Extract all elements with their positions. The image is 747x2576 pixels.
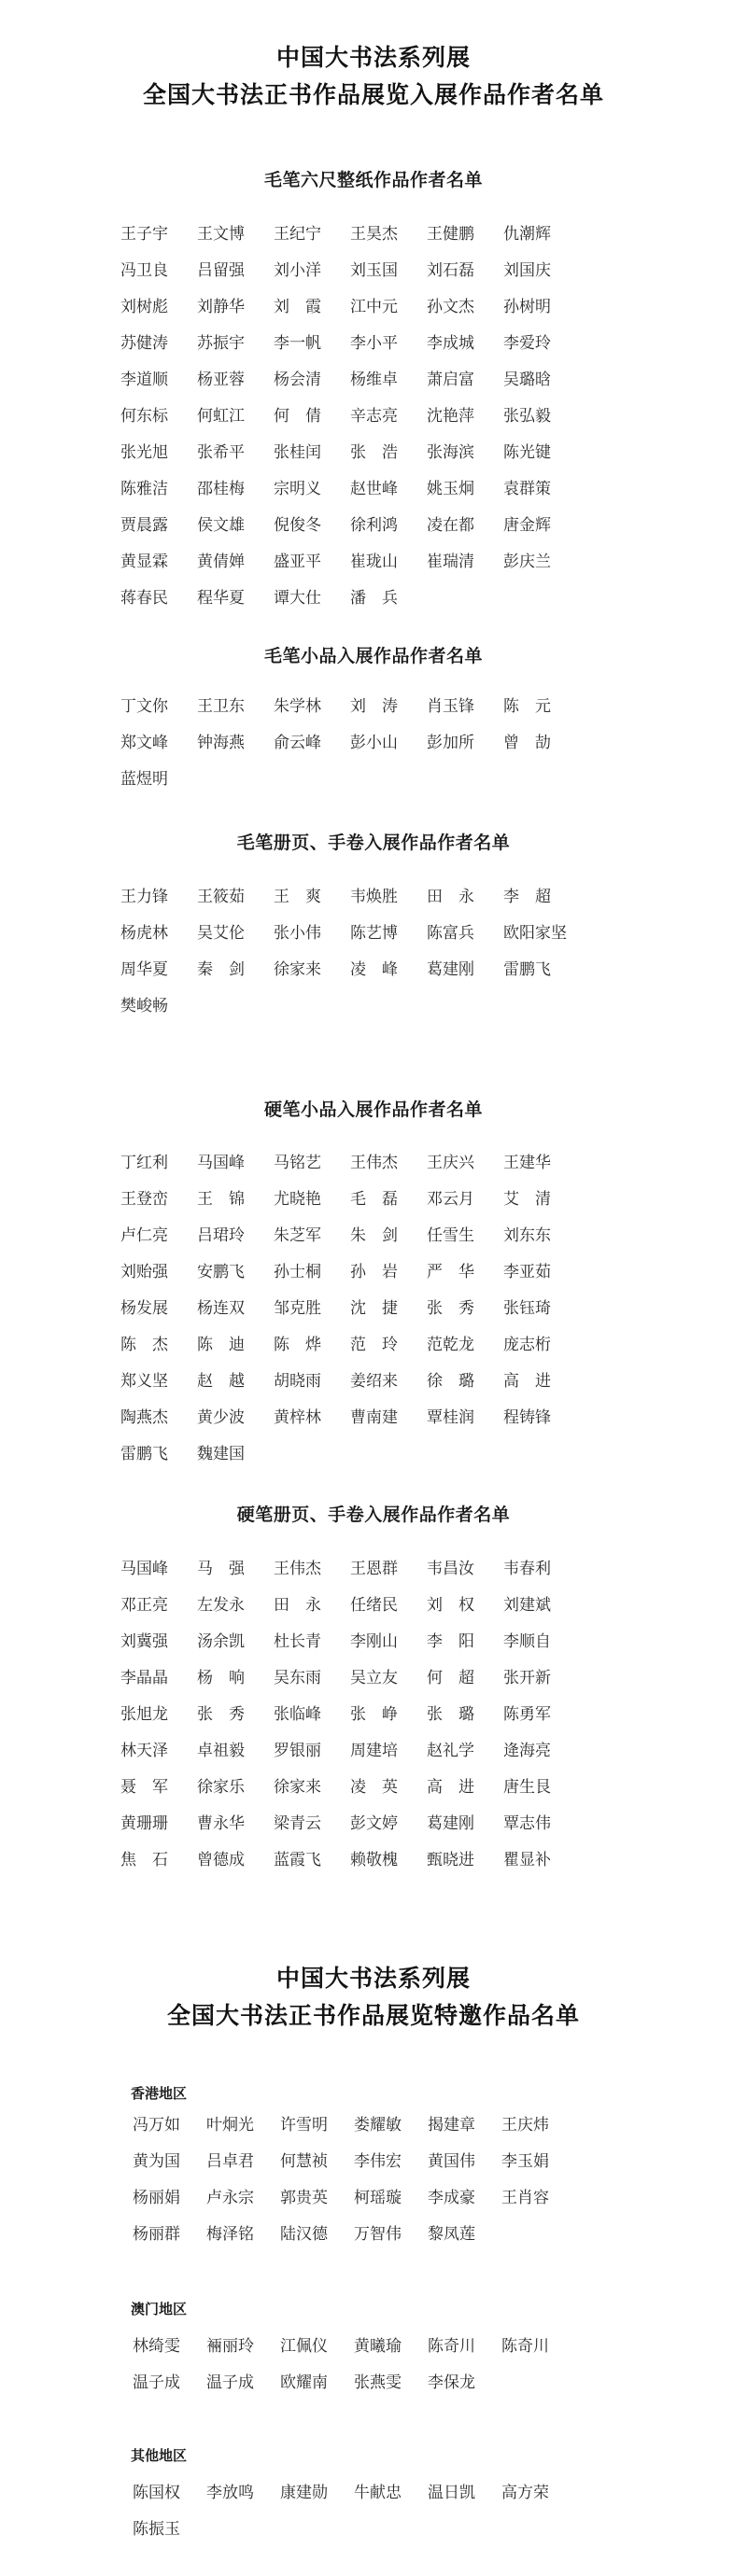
- author-name: 黄显霖: [120, 544, 197, 581]
- author-name: 彭庆兰: [503, 544, 580, 581]
- invited-author-name: 林绮雯: [133, 2329, 206, 2365]
- author-name: 王恩群: [350, 1551, 427, 1588]
- author-name: 孙士桐: [274, 1254, 350, 1291]
- author-name: 张小伟: [274, 916, 350, 952]
- author-name: 郑文峰: [120, 725, 197, 762]
- author-name: 刘贻强: [120, 1254, 197, 1291]
- series-title: 中国大书法系列展: [0, 39, 747, 77]
- author-name: 苏振宇: [197, 326, 274, 362]
- author-name: 范乾龙: [427, 1327, 503, 1364]
- author-name: 王登峦: [120, 1182, 197, 1218]
- author-name: 王昊杰: [350, 217, 427, 253]
- author-name: 赖敬槐: [350, 1842, 427, 1879]
- author-name: 徐家来: [274, 952, 350, 988]
- author-name: 冯卫良: [120, 253, 197, 289]
- invited-author-name: 何慧祯: [280, 2144, 354, 2180]
- author-name: 彭小山: [350, 725, 427, 762]
- author-name: 何 倩: [274, 399, 350, 435]
- invited-author-name: 陈奇川: [428, 2329, 501, 2365]
- name-grid-pen-small: 丁红利马国峰马铭艺王伟杰王庆兴王建华王登峦王 锦尤晓艳毛 磊邓云月艾 清卢仁亮吕…: [120, 1145, 606, 1473]
- invited-author-name: 张燕雯: [354, 2365, 428, 2401]
- author-name: 赵 越: [197, 1364, 274, 1400]
- author-name: 贾晨露: [120, 508, 197, 544]
- invited-series-title: 中国大书法系列展: [0, 1960, 747, 1997]
- author-name: 范 玲: [350, 1327, 427, 1364]
- invited-author-name: 吕卓君: [206, 2144, 280, 2180]
- invited-author-name: 王肖容: [501, 2180, 575, 2217]
- author-name: 曾 劼: [503, 725, 580, 762]
- invited-author-name: 牛献忠: [354, 2475, 428, 2512]
- author-name: 李小平: [350, 326, 427, 362]
- author-name: 李成城: [427, 326, 503, 362]
- author-name: 李 阳: [427, 1624, 503, 1660]
- list-title: 全国大书法正书作品展览入展作品作者名单: [0, 77, 747, 114]
- author-name: 张海滨: [427, 435, 503, 471]
- invited-author-name: 郭贵英: [280, 2180, 354, 2217]
- author-name: 任绪民: [350, 1588, 427, 1624]
- author-name: 王健鹏: [427, 217, 503, 253]
- author-name: 杨发展: [120, 1291, 197, 1327]
- invited-author-name: 王庆炜: [501, 2107, 575, 2144]
- invited-author-name: 万智伟: [354, 2217, 428, 2253]
- author-name: 欧阳家坚: [503, 916, 580, 952]
- invited-author-name: 柯瑶璇: [354, 2180, 428, 2217]
- author-name: 吴东雨: [274, 1660, 350, 1697]
- section-heading-brush-small: 毛笔小品入展作品作者名单: [0, 642, 747, 667]
- section-heading-pen-album-scroll: 硬笔册页、手卷入展作品作者名单: [0, 1501, 747, 1526]
- author-name: 陈 杰: [120, 1327, 197, 1364]
- author-name: 王 锦: [197, 1182, 274, 1218]
- author-name: 毛 磊: [350, 1182, 427, 1218]
- author-name: 张 浩: [350, 435, 427, 471]
- author-name: 吴艾伦: [197, 916, 274, 952]
- name-grid-brush-small: 丁文你王卫东朱学林刘 涛肖玉锋陈 元郑文峰钟海燕俞云峰彭小山彭加所曾 劼蓝煜明: [120, 689, 606, 798]
- author-name: 姜绍来: [350, 1364, 427, 1400]
- author-name: 黄梓林: [274, 1400, 350, 1436]
- author-name: 蓝煜明: [120, 762, 197, 798]
- author-name: 王文博: [197, 217, 274, 253]
- author-name: 朱 剑: [350, 1218, 427, 1254]
- author-name: 黄少波: [197, 1400, 274, 1436]
- invited-author-name: 黄曦瑜: [354, 2329, 428, 2365]
- invited-author-name: 杨丽群: [133, 2217, 206, 2253]
- invited-author-name: 李伟宏: [354, 2144, 428, 2180]
- author-name: 刘东东: [503, 1218, 580, 1254]
- author-name: 聂 军: [120, 1770, 197, 1806]
- author-name: 沈艳萍: [427, 399, 503, 435]
- invited-author-name: 裲丽玲: [206, 2329, 280, 2365]
- author-name: 张旭龙: [120, 1697, 197, 1733]
- author-name: 黄珊珊: [120, 1806, 197, 1842]
- author-name: 张 峥: [350, 1697, 427, 1733]
- author-name: 肖玉锋: [427, 689, 503, 725]
- author-name: 吴璐晗: [503, 362, 580, 399]
- author-name: 孙文杰: [427, 289, 503, 326]
- author-name: 邵桂梅: [197, 471, 274, 508]
- name-grid-brush-six-foot: 王子宇王文博王纪宁王昊杰王健鹏仇潮辉冯卫良吕留强刘小洋刘玉国刘石磊刘国庆刘树彪刘…: [120, 217, 606, 617]
- author-name: 覃桂润: [427, 1400, 503, 1436]
- author-name: 孙树明: [503, 289, 580, 326]
- author-name: 姚玉炯: [427, 471, 503, 508]
- author-name: 曹永华: [197, 1806, 274, 1842]
- region-label-hong-kong: 香港地区: [131, 2083, 187, 2103]
- author-name: 邓正亮: [120, 1588, 197, 1624]
- author-name: 吕珺玲: [197, 1218, 274, 1254]
- invited-author-name: 许雪明: [280, 2107, 354, 2144]
- author-name: 田 永: [274, 1588, 350, 1624]
- invited-author-name: 李成豪: [428, 2180, 501, 2217]
- section-heading-brush-six-foot: 毛笔六尺整纸作品作者名单: [0, 166, 747, 191]
- author-name: 曾德成: [197, 1842, 274, 1879]
- author-name: 刘建斌: [503, 1588, 580, 1624]
- author-name: 凌在都: [427, 508, 503, 544]
- author-name: 杨维卓: [350, 362, 427, 399]
- author-name: 袁群策: [503, 471, 580, 508]
- author-name: 仇潮辉: [503, 217, 580, 253]
- author-name: 杨亚蓉: [197, 362, 274, 399]
- author-name: 唐金辉: [503, 508, 580, 544]
- author-name: 彭加所: [427, 725, 503, 762]
- author-name: 胡晓雨: [274, 1364, 350, 1400]
- author-name: 王伟杰: [350, 1145, 427, 1182]
- author-name: 刘国庆: [503, 253, 580, 289]
- author-name: 王力锋: [120, 879, 197, 916]
- author-name: 崔珑山: [350, 544, 427, 581]
- author-name: 邹克胜: [274, 1291, 350, 1327]
- author-name: 丁文你: [120, 689, 197, 725]
- author-name: 郑义坚: [120, 1364, 197, 1400]
- invited-author-name: 江佩仪: [280, 2329, 354, 2365]
- author-name: 陈富兵: [427, 916, 503, 952]
- author-name: 马 强: [197, 1551, 274, 1588]
- author-name: 唐生艮: [503, 1770, 580, 1806]
- invited-author-name: 欧耀南: [280, 2365, 354, 2401]
- author-name: 萧启富: [427, 362, 503, 399]
- author-name: 刘树彪: [120, 289, 197, 326]
- author-name: 雷鹏飞: [503, 952, 580, 988]
- author-name: 苏健涛: [120, 326, 197, 362]
- author-name: 钟海燕: [197, 725, 274, 762]
- region-label-macau: 澳门地区: [131, 2299, 187, 2318]
- author-name: 罗银丽: [274, 1733, 350, 1770]
- author-name: 陈光键: [503, 435, 580, 471]
- invited-author-name: 杨丽娟: [133, 2180, 206, 2217]
- author-name: 安鹏飞: [197, 1254, 274, 1291]
- author-name: 庞志桁: [503, 1327, 580, 1364]
- author-name: 李刚山: [350, 1624, 427, 1660]
- author-name: 邓云月: [427, 1182, 503, 1218]
- author-name: 蒋春民: [120, 581, 197, 617]
- author-name: 张 秀: [197, 1697, 274, 1733]
- author-name: 梁青云: [274, 1806, 350, 1842]
- invited-author-name: 李保龙: [428, 2365, 501, 2401]
- author-name: 魏建国: [197, 1436, 274, 1473]
- author-name: 盛亚平: [274, 544, 350, 581]
- author-name: 卢仁亮: [120, 1218, 197, 1254]
- author-name: 王伟杰: [274, 1551, 350, 1588]
- author-name: 倪俊冬: [274, 508, 350, 544]
- author-name: 崔瑞清: [427, 544, 503, 581]
- author-name: 沈 捷: [350, 1291, 427, 1327]
- author-name: 甄晓进: [427, 1842, 503, 1879]
- author-name: 赵礼学: [427, 1733, 503, 1770]
- author-name: 刘玉国: [350, 253, 427, 289]
- invited-author-name: 黄国伟: [428, 2144, 501, 2180]
- invited-author-name: 黄为国: [133, 2144, 206, 2180]
- author-name: 刘冀强: [120, 1624, 197, 1660]
- author-name: 李晶晶: [120, 1660, 197, 1697]
- name-grid-macau: 林绮雯裲丽玲江佩仪黄曦瑜陈奇川陈奇川温子成温子成欧耀南张燕雯李保龙: [133, 2329, 618, 2401]
- name-grid-other: 陈国权李放鸣康建勋牛献忠温日凯高方荣陈振玉: [133, 2475, 618, 2548]
- author-name: 艾 清: [503, 1182, 580, 1218]
- author-name: 黄倩婵: [197, 544, 274, 581]
- author-name: 曹南建: [350, 1400, 427, 1436]
- author-name: 朱学林: [274, 689, 350, 725]
- author-name: 韦春利: [503, 1551, 580, 1588]
- author-name: 辛志亮: [350, 399, 427, 435]
- author-name: 汤余凯: [197, 1624, 274, 1660]
- author-name: 张 秀: [427, 1291, 503, 1327]
- invited-author-name: 黎凤莲: [428, 2217, 501, 2253]
- author-name: 尤晓艳: [274, 1182, 350, 1218]
- author-name: 卓祖毅: [197, 1733, 274, 1770]
- invited-title-block: 中国大书法系列展 全国大书法正书作品展览特邀作品名单: [0, 1960, 747, 2035]
- author-name: 朱芝军: [274, 1218, 350, 1254]
- author-name: 杨虎林: [120, 916, 197, 952]
- invited-author-name: 陈奇川: [501, 2329, 575, 2365]
- author-name: 李一帆: [274, 326, 350, 362]
- author-name: 陈 元: [503, 689, 580, 725]
- author-name: 张希平: [197, 435, 274, 471]
- author-name: 杨连双: [197, 1291, 274, 1327]
- invited-author-name: 李玉娟: [501, 2144, 575, 2180]
- author-name: 李顺自: [503, 1624, 580, 1660]
- author-name: 徐利鸿: [350, 508, 427, 544]
- author-name: 瞿显补: [503, 1842, 580, 1879]
- author-name: 张临峰: [274, 1697, 350, 1733]
- author-name: 潘 兵: [350, 581, 427, 617]
- author-name: 侯文雄: [197, 508, 274, 544]
- author-name: 王 爽: [274, 879, 350, 916]
- author-name: 王庆兴: [427, 1145, 503, 1182]
- author-name: 王子宇: [120, 217, 197, 253]
- author-name: 陈勇军: [503, 1697, 580, 1733]
- invited-author-name: 卢永宗: [206, 2180, 280, 2217]
- author-name: 张开新: [503, 1660, 580, 1697]
- author-name: 张钰琦: [503, 1291, 580, 1327]
- invited-author-name: 李放鸣: [206, 2475, 280, 2512]
- author-name: 马国峰: [197, 1145, 274, 1182]
- author-name: 刘 霞: [274, 289, 350, 326]
- author-name: 孙 岩: [350, 1254, 427, 1291]
- author-name: 刘 权: [427, 1588, 503, 1624]
- author-name: 陈艺博: [350, 916, 427, 952]
- main-title-block: 中国大书法系列展 全国大书法正书作品展览入展作品作者名单: [0, 39, 747, 114]
- author-name: 丁红利: [120, 1145, 197, 1182]
- author-name: 赵世峰: [350, 471, 427, 508]
- region-label-other: 其他地区: [131, 2445, 187, 2465]
- invited-author-name: 陆汉德: [280, 2217, 354, 2253]
- author-name: 张桂闰: [274, 435, 350, 471]
- invited-list-title: 全国大书法正书作品展览特邀作品名单: [0, 1997, 747, 2035]
- invited-author-name: 高方荣: [501, 2475, 575, 2512]
- author-name: 严 华: [427, 1254, 503, 1291]
- author-name: 徐家乐: [197, 1770, 274, 1806]
- author-name: 何东标: [120, 399, 197, 435]
- author-name: 刘静华: [197, 289, 274, 326]
- author-name: 林天泽: [120, 1733, 197, 1770]
- author-name: 樊峻畅: [120, 988, 197, 1025]
- author-name: 覃志伟: [503, 1806, 580, 1842]
- author-name: 高 进: [503, 1364, 580, 1400]
- author-name: 刘 涛: [350, 689, 427, 725]
- author-name: 葛建刚: [427, 1806, 503, 1842]
- author-name: 田 永: [427, 879, 503, 916]
- invited-author-name: 揭建章: [428, 2107, 501, 2144]
- author-name: 江中元: [350, 289, 427, 326]
- author-name: 凌 峰: [350, 952, 427, 988]
- author-name: 雷鹏飞: [120, 1436, 197, 1473]
- author-name: 徐 璐: [427, 1364, 503, 1400]
- author-name: 彭文婷: [350, 1806, 427, 1842]
- author-name: 陈 烨: [274, 1327, 350, 1364]
- author-name: 李道顺: [120, 362, 197, 399]
- invited-author-name: 冯万如: [133, 2107, 206, 2144]
- author-name: 杜长青: [274, 1624, 350, 1660]
- author-name: 陈 迪: [197, 1327, 274, 1364]
- author-name: 李亚茹: [503, 1254, 580, 1291]
- section-heading-pen-small: 硬笔小品入展作品作者名单: [0, 1096, 747, 1121]
- author-name: 何 超: [427, 1660, 503, 1697]
- author-name: 马国峰: [120, 1551, 197, 1588]
- invited-author-name: 康建勋: [280, 2475, 354, 2512]
- author-name: 葛建刚: [427, 952, 503, 988]
- author-name: 俞云峰: [274, 725, 350, 762]
- author-name: 秦 剑: [197, 952, 274, 988]
- name-grid-pen-album-scroll: 马国峰马 强王伟杰王恩群韦昌汝韦春利邓正亮左发永田 永任绪民刘 权刘建斌刘冀强汤…: [120, 1551, 606, 1879]
- author-name: 陶燕杰: [120, 1400, 197, 1436]
- author-name: 韦焕胜: [350, 879, 427, 916]
- author-name: 宗明义: [274, 471, 350, 508]
- section-heading-brush-album-scroll: 毛笔册页、手卷入展作品作者名单: [0, 829, 747, 854]
- author-name: 吴立友: [350, 1660, 427, 1697]
- invited-author-name: 娄耀敏: [354, 2107, 428, 2144]
- author-name: 韦昌汝: [427, 1551, 503, 1588]
- author-name: 王建华: [503, 1145, 580, 1182]
- author-name: 吕留强: [197, 253, 274, 289]
- author-name: 张光旭: [120, 435, 197, 471]
- author-name: 李爱玲: [503, 326, 580, 362]
- author-name: 刘石磊: [427, 253, 503, 289]
- author-name: 张 璐: [427, 1697, 503, 1733]
- invited-author-name: 温子成: [206, 2365, 280, 2401]
- invited-author-name: 温日凯: [428, 2475, 501, 2512]
- author-name: 程华夏: [197, 581, 274, 617]
- author-name: 马铭艺: [274, 1145, 350, 1182]
- author-name: 逄海亮: [503, 1733, 580, 1770]
- author-name: 王纪宁: [274, 217, 350, 253]
- author-name: 陈雅洁: [120, 471, 197, 508]
- author-name: 杨 响: [197, 1660, 274, 1697]
- invited-author-name: 陈国权: [133, 2475, 206, 2512]
- author-name: 王筱茹: [197, 879, 274, 916]
- author-name: 蓝霞飞: [274, 1842, 350, 1879]
- author-name: 何虹江: [197, 399, 274, 435]
- author-name: 张弘毅: [503, 399, 580, 435]
- invited-author-name: 梅泽铭: [206, 2217, 280, 2253]
- name-grid-brush-album-scroll: 王力锋王筱茹王 爽韦焕胜田 永李 超杨虎林吴艾伦张小伟陈艺博陈富兵欧阳家坚周华夏…: [120, 879, 606, 1025]
- author-name: 王卫东: [197, 689, 274, 725]
- author-name: 高 进: [427, 1770, 503, 1806]
- author-name: 杨会清: [274, 362, 350, 399]
- author-name: 李 超: [503, 879, 580, 916]
- author-name: 左发永: [197, 1588, 274, 1624]
- author-name: 焦 石: [120, 1842, 197, 1879]
- author-name: 凌 英: [350, 1770, 427, 1806]
- author-name: 谭大仕: [274, 581, 350, 617]
- invited-author-name: 叶炯光: [206, 2107, 280, 2144]
- author-name: 程铸锋: [503, 1400, 580, 1436]
- author-name: 周华夏: [120, 952, 197, 988]
- invited-author-name: 陈振玉: [133, 2512, 206, 2548]
- author-name: 任雪生: [427, 1218, 503, 1254]
- author-name: 刘小洋: [274, 253, 350, 289]
- author-name: 徐家来: [274, 1770, 350, 1806]
- author-name: 周建培: [350, 1733, 427, 1770]
- name-grid-hong-kong: 冯万如叶炯光许雪明娄耀敏揭建章王庆炜黄为国吕卓君何慧祯李伟宏黄国伟李玉娟杨丽娟卢…: [133, 2107, 618, 2253]
- invited-author-name: 温子成: [133, 2365, 206, 2401]
